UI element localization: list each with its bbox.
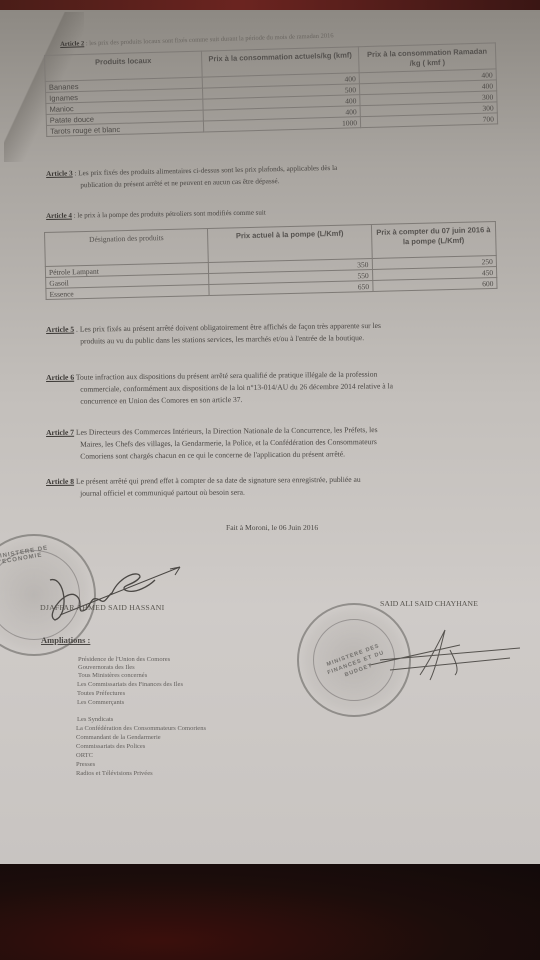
article-6-line2: commerciale, conformément aux dispositio… xyxy=(46,381,393,394)
signature-right xyxy=(360,620,540,690)
list-item: Présidence de l'Union des Comores xyxy=(78,656,170,664)
article-7-line3: Comoriens sont chargés chacun en ce qui … xyxy=(46,449,345,461)
signatory-right-name: SAID ALI SAID CHAYHANE xyxy=(380,598,478,610)
list-item: Radios et Télévisions Privées xyxy=(76,770,153,778)
article-3-label: Article 3 xyxy=(46,169,73,178)
article-5: Article 5 . Les prix fixés au présent ar… xyxy=(46,320,381,348)
article-8-line1: Le présent arrêté qui prend effet à comp… xyxy=(76,475,361,486)
list-item: Presses xyxy=(76,761,95,769)
petroleum-prices-table: Désignation des produits Prix actuel à l… xyxy=(44,221,498,300)
article-6-label: Article 6 xyxy=(46,373,74,382)
background-bottom xyxy=(0,864,540,960)
article-5-line1: . Les prix fixés au présent arrêté doive… xyxy=(76,321,381,334)
article-4-label: Article 4 xyxy=(46,212,72,220)
list-item: Tous Ministères concernés xyxy=(78,672,147,680)
local-products-table: Produits locaux Prix à la consommation a… xyxy=(44,42,498,137)
article-5-label: Article 5 xyxy=(46,325,74,334)
table-header: Prix à la consommation Ramadan /kg ( kmf… xyxy=(358,43,496,73)
ampliations-title: Ampliations : xyxy=(41,634,90,646)
signatory-left-name: DJAFFAR AHMED SAID HASSANI xyxy=(40,602,164,614)
article-8: Article 8 Le présent arrêté qui prend ef… xyxy=(46,474,361,500)
list-item: Les Syndicats xyxy=(77,716,113,724)
list-item: Commandant de la Gendarmerie xyxy=(76,734,161,742)
signature-left xyxy=(30,555,200,625)
list-item: Les Commissariats des Finances des Iles xyxy=(77,681,183,689)
list-item: Gouvernorats des Iles xyxy=(78,664,135,672)
article-6-line1: Toute infraction aux dispositions du pré… xyxy=(76,370,378,382)
article-4-text: : le prix à la pompe des produits pétrol… xyxy=(74,209,266,220)
article-7-line1: Les Directeurs des Commerces Intérieurs,… xyxy=(76,425,378,437)
place-date: Fait à Moroni, le 06 Juin 2016 xyxy=(226,522,318,534)
article-7-label: Article 7 xyxy=(46,428,74,437)
table-header: Prix actuel à la pompe (L/Kmf) xyxy=(208,225,372,263)
article-7: Article 7 Les Directeurs des Commerces I… xyxy=(46,424,378,463)
table-header: Prix à compter du 07 juin 2016 à la pomp… xyxy=(371,221,496,258)
list-item: Toutes Préfectures xyxy=(77,690,125,698)
article-5-line2: produits au vu du public dans les statio… xyxy=(46,333,364,346)
list-item: La Confédération des Consommateurs Comor… xyxy=(76,725,206,733)
list-item: Commissariats des Polices xyxy=(76,743,145,751)
article-8-label: Article 8 xyxy=(46,477,74,486)
list-item: ORTC xyxy=(76,752,93,760)
table-header: Désignation des produits xyxy=(45,228,209,266)
article-6-line3: concurrence en Union des Comores en son … xyxy=(46,395,242,406)
article-2-label: Article 2 xyxy=(60,40,84,48)
article-7-line2: Maires, les Chefs des villages, la Genda… xyxy=(46,437,377,449)
article-3-line1: : Les prix fixés des produits alimentair… xyxy=(74,164,337,178)
article-8-line2: journal officiel et communiqué partout o… xyxy=(46,488,245,498)
article-6: Article 6 Toute infraction aux dispositi… xyxy=(46,368,393,408)
list-item: Les Commerçants xyxy=(77,699,124,707)
